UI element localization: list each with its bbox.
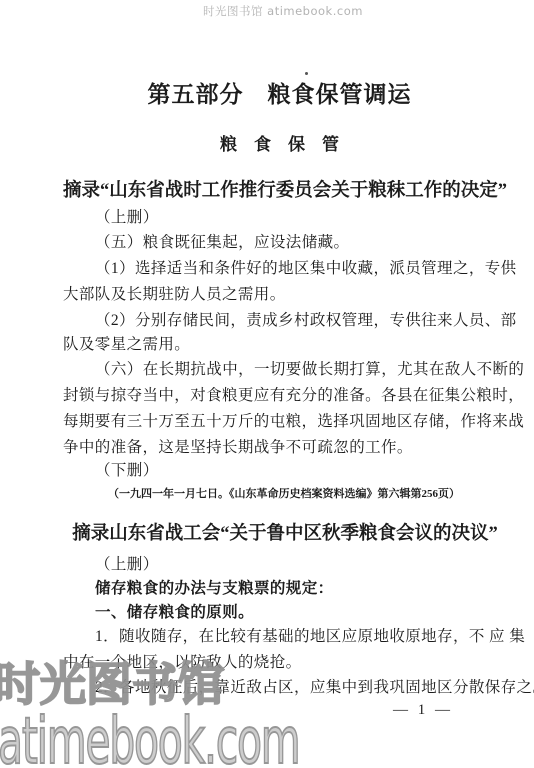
watermark-bottom-url: atimebook.com [0,710,299,768]
text-line: 争中的准备，这是坚持长期战争不可疏忽的工作。 [63,438,523,457]
doc1-heading: 摘录“山东省战时工作推行委员会关于粮秣工作的决定” [55,176,515,202]
text-line: 一、储存粮食的原则。 [63,603,534,622]
watermark-bottom-chinese: 时光图书馆 [0,660,224,708]
text-line: （1）选择适当和条件好的地区集中收藏，派员管理之，专供 [63,259,534,278]
text-line: 1．随收随存，在比较有基础的地区应原地收原地存，不 应 集 [63,627,534,646]
page-number: — 1 — [393,702,453,719]
text-line: 队及零星之需用。 [63,335,523,354]
text-line: （2）分别存储民间，责成乡村政权管理，专供往来人员、部 [63,311,534,330]
text-line: 封锁与掠夺当中，对食粮更应有充分的准备。各县在征集公粮时， [63,386,523,405]
page-title: 第五部分 粮食保管调运 [55,76,504,109]
watermark-top: 时光图书馆 atimebook.com [203,3,363,19]
section-heading: 粮 食 保 管 [55,130,504,155]
doc1-note-top: （上删） [63,208,534,227]
scan-speck [305,72,308,75]
doc1-note-bottom: （下删） [63,461,534,480]
text-line: （五）粮食既征集起，应设法储藏。 [63,233,534,252]
text-line: （六）在长期抗战中，一切要做长期打算，尤其在敌人不断的 [63,360,534,379]
text-line: 储存粮食的办法与支粮票的规定： [63,579,534,598]
doc2-note-top: （上删） [63,555,534,574]
text-line: 每期要有三十万至五十万斤的屯粮，选择巩固地区存储，作将来战 [63,412,523,431]
doc2-heading: 摘录山东省战工会“关于鲁中区秋季粮食会议的决议” [55,519,515,545]
text-line: 大部队及长期驻防人员之需用。 [63,285,523,304]
doc1-citation: （一九四一年一月七日。《山东革命历史档案资料选编》第六辑第256页） [108,485,460,501]
document-page: 时光图书馆 atimebook.com 第五部分 粮食保管调运 粮 食 保 管 … [0,0,534,768]
